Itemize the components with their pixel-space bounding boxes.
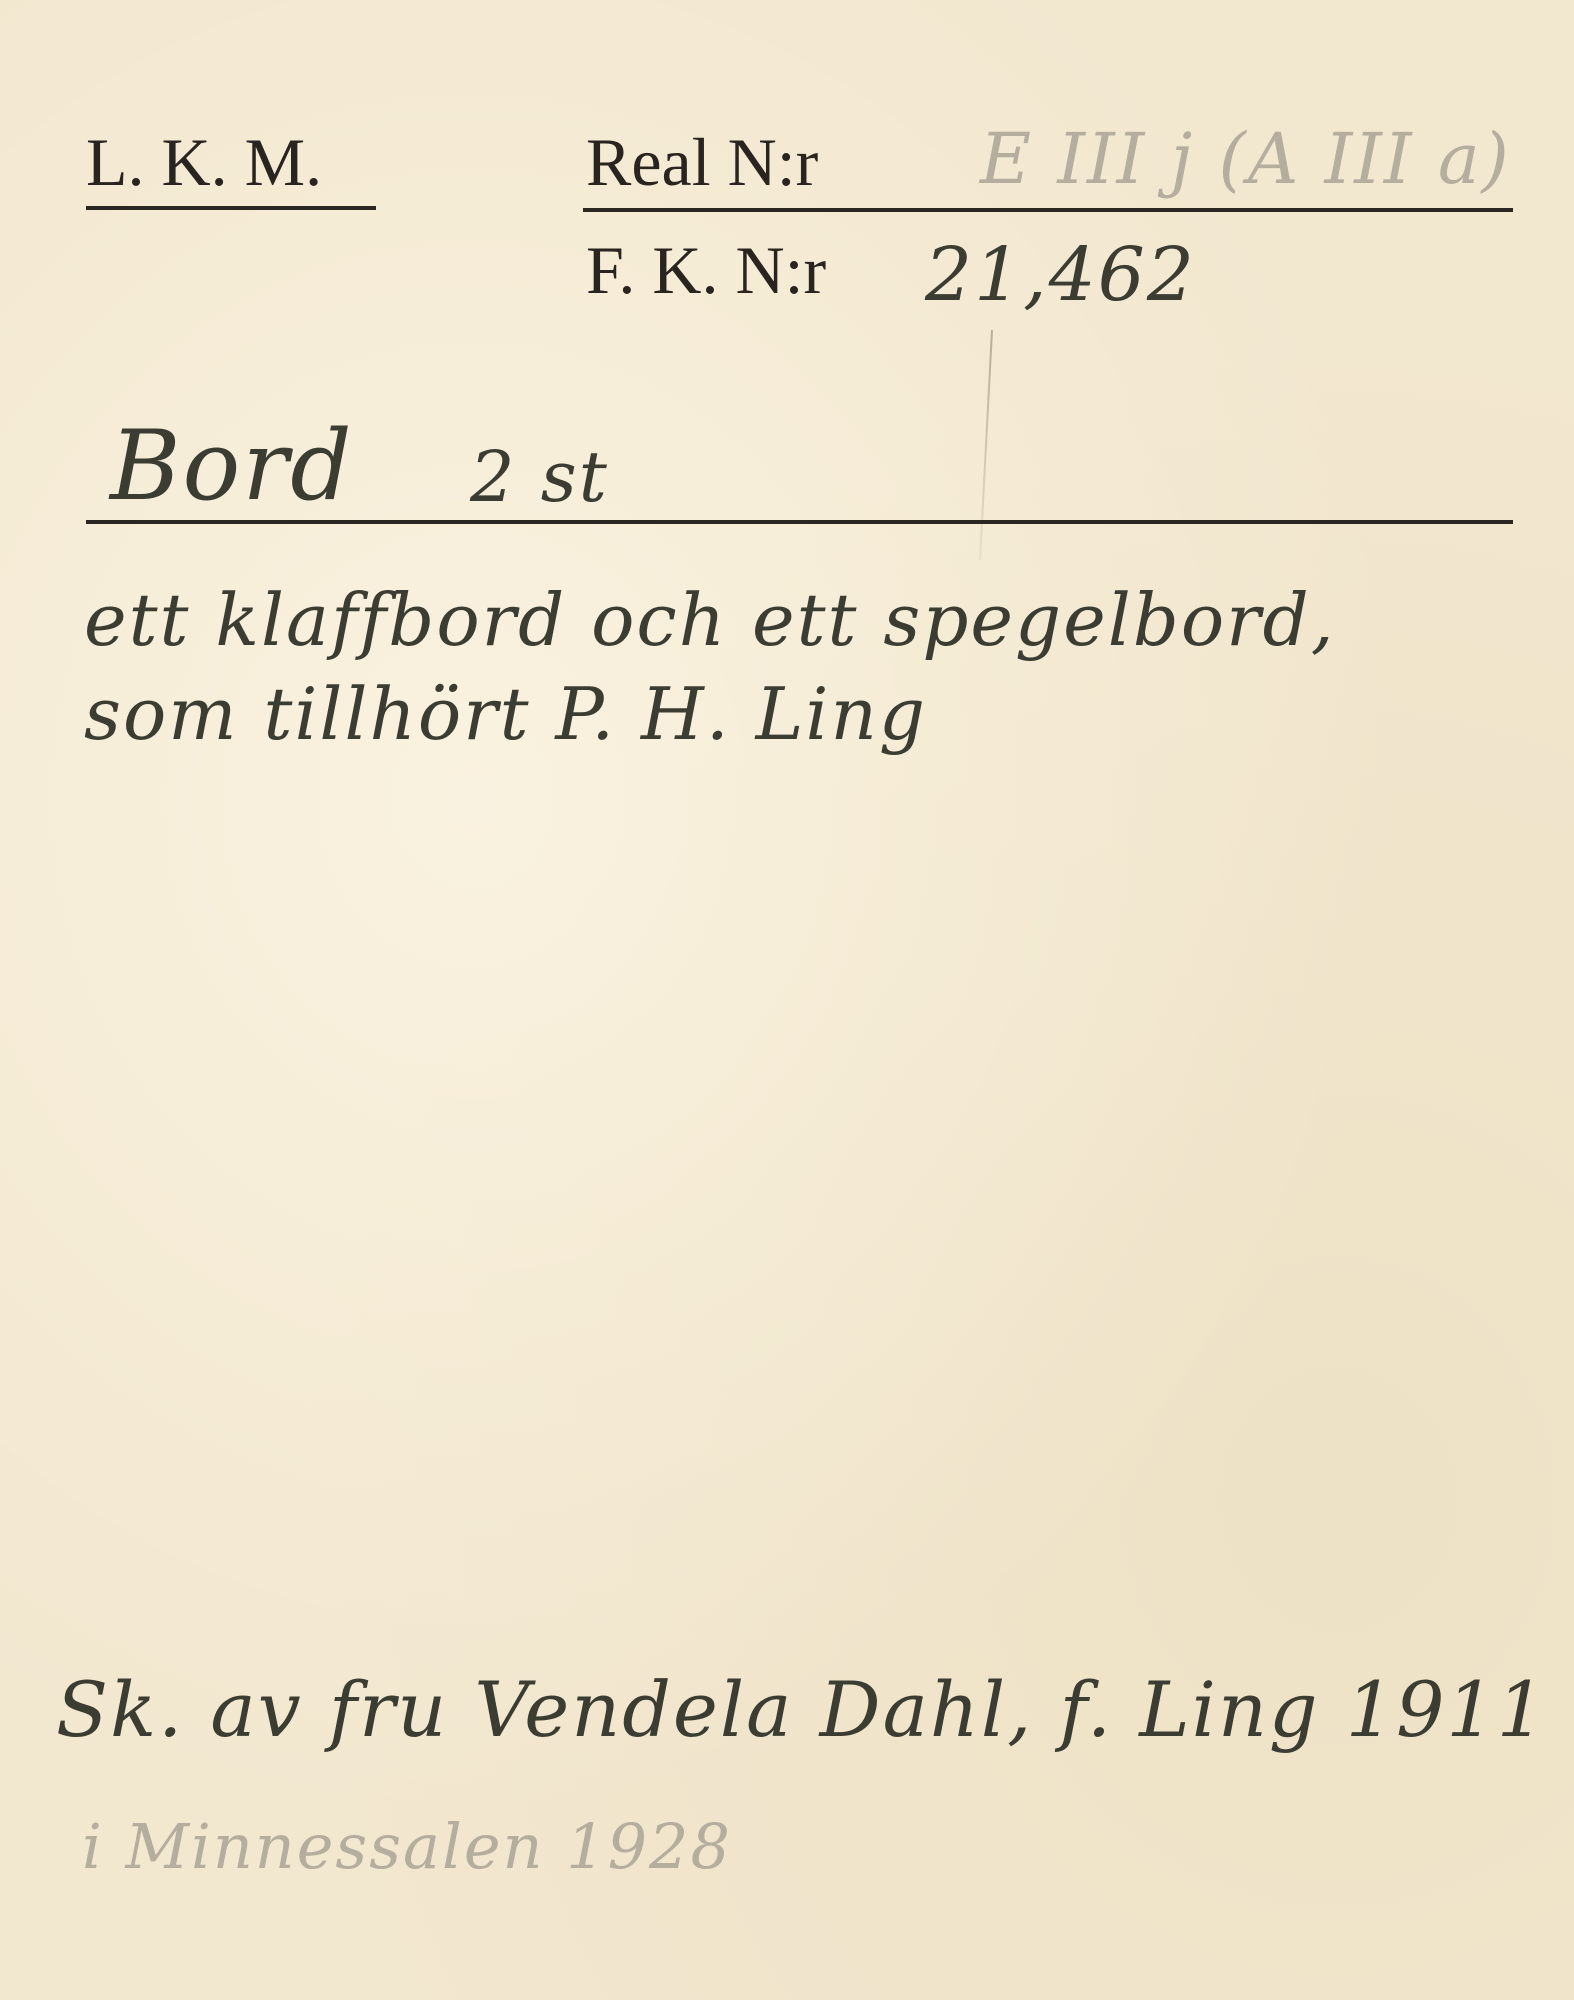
provenance-note: Sk. av fru Vendela Dahl, f. Ling 1911 xyxy=(56,1665,1547,1754)
institution-underline xyxy=(86,206,376,210)
real-nr-rule xyxy=(583,208,1513,212)
real-nr-label: Real N:r xyxy=(586,128,818,196)
real-nr-value: E III j (A III a) xyxy=(980,118,1511,200)
catalog-card: L. K. M. Real N:r E III j (A III a) F. K… xyxy=(0,0,1574,2000)
object-title: Bord xyxy=(110,410,354,522)
fk-nr-label: F. K. N:r xyxy=(586,236,826,304)
title-rule xyxy=(86,520,1513,524)
location-note: i Minnessalen 1928 xyxy=(82,1810,732,1883)
fk-nr-value: 21,462 xyxy=(925,232,1196,318)
object-count: 2 st xyxy=(470,436,609,518)
institution-label: L. K. M. xyxy=(86,128,322,196)
description-line-2: som tillhört P. H. Ling xyxy=(84,672,927,756)
pencil-stroke xyxy=(979,330,993,560)
description-line-1: ett klaffbord och ett spegelbord, xyxy=(84,578,1336,662)
